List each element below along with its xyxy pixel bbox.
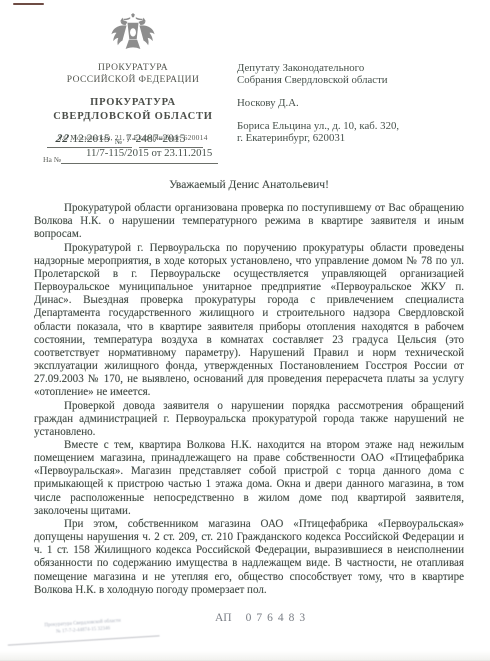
date-rest: .12.2015: [70, 133, 110, 145]
paragraph-5: При этом, собственником магазина ОАО «Пт…: [34, 518, 464, 597]
letter-body: Уважаемый Денис Анатольевич! Прокуратуро…: [34, 179, 464, 597]
org-federation-line1: ПРОКУРАТУРА: [30, 63, 236, 75]
scan-edge-noise: [0, 651, 490, 661]
org-region-line1: ПРОКУРАТУРА: [30, 96, 236, 110]
reference-label: На №: [43, 155, 61, 164]
blank-form-number: АП076483: [215, 612, 310, 624]
entry-stamp: Прокуратура Свердловской области № 17-7-…: [6, 612, 159, 645]
salutation: Уважаемый Денис Анатольевич!: [34, 179, 464, 192]
scanned-letter-page: ПРОКУРАТУРА РОССИЙСКОЙ ФЕДЕРАЦИИ ПРОКУРА…: [0, 0, 490, 661]
recipient-address-line2: г. Екатеринбург, 620031: [237, 132, 465, 144]
form-series: АП: [215, 612, 232, 624]
org-federation-title: ПРОКУРАТУРА РОССИЙСКОЙ ФЕДЕРАЦИИ: [30, 63, 236, 86]
org-federation-line2: РОССИЙСКОЙ ФЕДЕРАЦИИ: [30, 75, 236, 87]
russian-coat-of-arms-icon: [110, 13, 156, 61]
paragraph-4: Вместе с тем, квартира Волкова Н.К. нахо…: [34, 439, 464, 518]
reference-number: 11/7-115/2015 от 23.11.2015: [86, 147, 212, 159]
scan-artifact-line: [13, 3, 44, 5]
paragraph-3: Проверкой довода заявителя о нарушении п…: [34, 400, 464, 439]
number-sign: №: [115, 137, 122, 146]
recipient-block: Депутату Законодательного Собрания Сверд…: [237, 62, 465, 144]
recipient-position-line2: Собрания Свердловской области: [237, 74, 465, 86]
paragraph-1: Прокуратурой области организована провер…: [34, 202, 464, 241]
form-digits: 076483: [246, 612, 311, 624]
handwritten-day: 22: [55, 133, 71, 145]
org-region-line2: СВЕРДЛОВСКОЙ ОБЛАСТИ: [30, 110, 236, 124]
outgoing-number: 7-2487-2015: [126, 133, 185, 145]
recipient-position-line1: Депутату Законодательного: [237, 62, 465, 74]
date-and-number-row: 22.12.2015№7-2487-2015: [56, 133, 185, 145]
letterhead: ПРОКУРАТУРА РОССИЙСКОЙ ФЕДЕРАЦИИ ПРОКУРА…: [30, 13, 236, 142]
org-region-title: ПРОКУРАТУРА СВЕРДЛОВСКОЙ ОБЛАСТИ: [30, 96, 236, 124]
recipient-name: Носкову Д.А.: [237, 97, 465, 109]
recipient-address-line1: Бориса Ельцина ул., д. 10, каб. 320,: [237, 120, 465, 132]
reference-underline: [61, 163, 218, 164]
paragraph-2: Прокуратурой г. Первоуральска по поручен…: [34, 242, 464, 400]
